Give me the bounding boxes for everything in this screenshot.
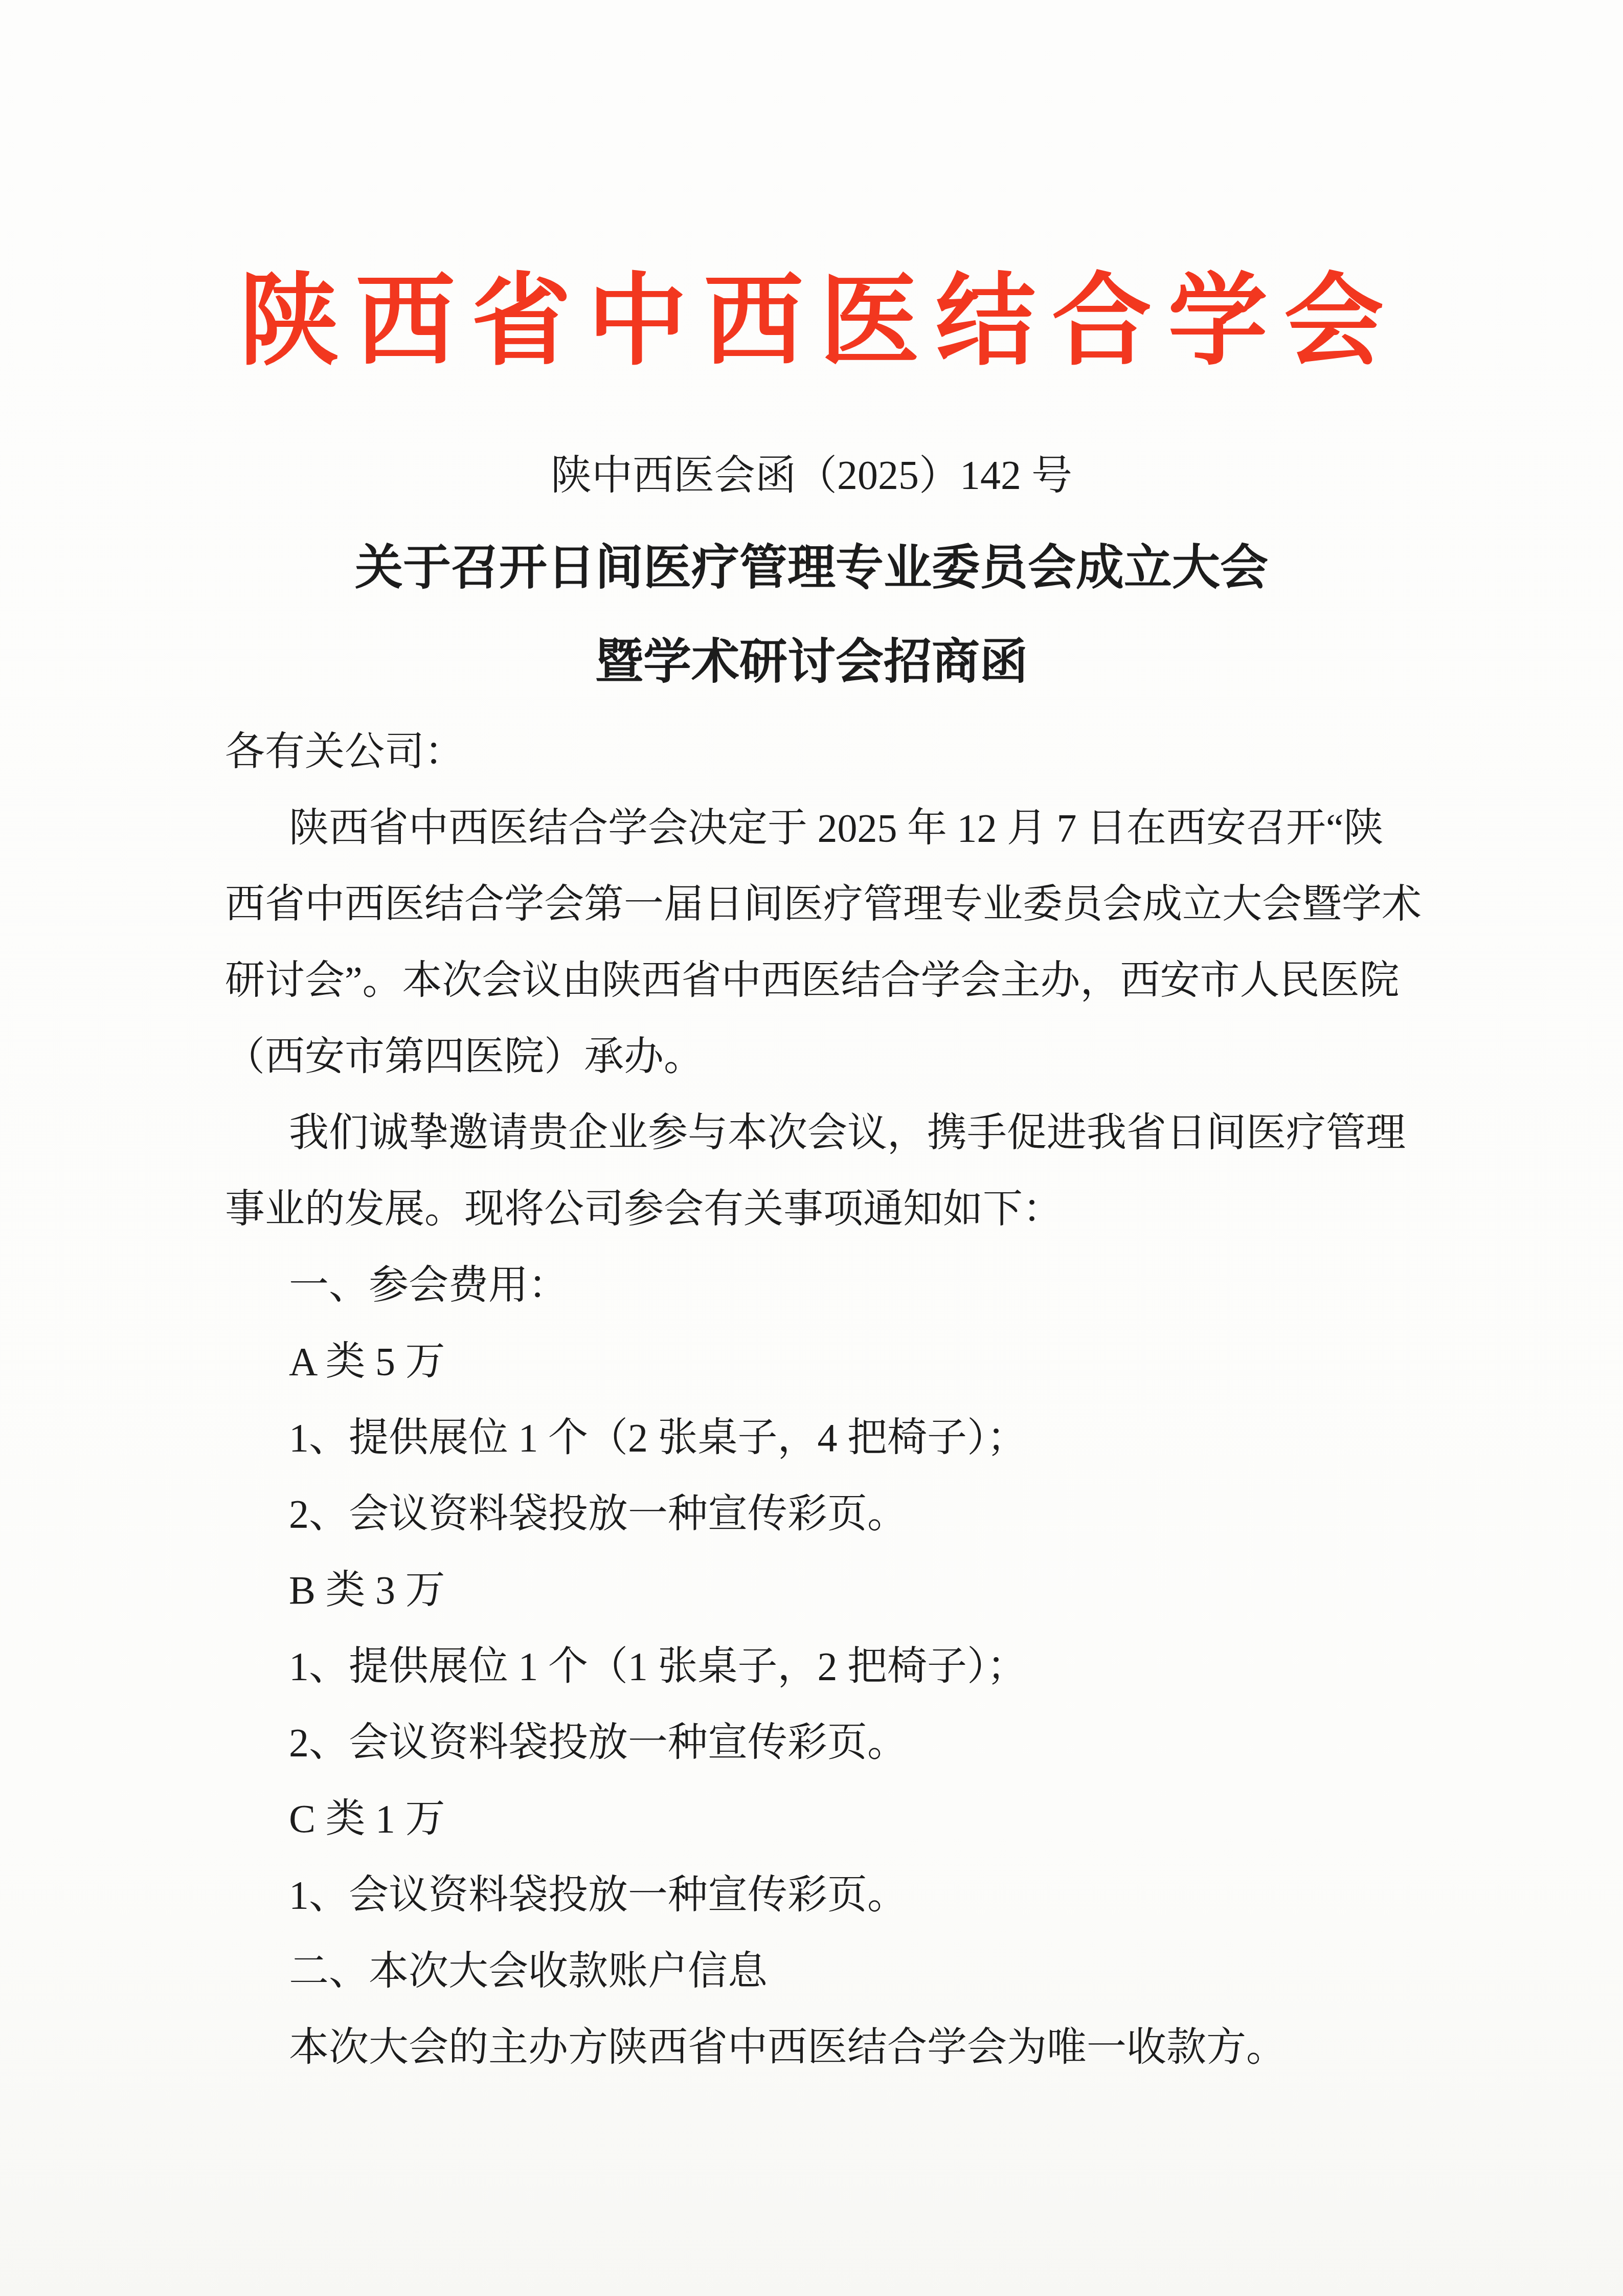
- body-line: 事业的发展。现将公司参会有关事项通知如下：: [225, 1171, 1422, 1247]
- body-line-paragraph-1: 陕西省中西医结合学会决定于 2025 年 12 月 7 日在西安召开“陕: [225, 790, 1422, 866]
- fee-class-c: C 类 1 万: [225, 1780, 1422, 1857]
- fee-class-a-item-2: 2、会议资料袋投放一种宣传彩页。: [225, 1476, 1422, 1552]
- letter-body: 各有关公司： 陕西省中西医结合学会决定于 2025 年 12 月 7 日在西安召…: [225, 714, 1422, 2085]
- fee-class-b-item-2: 2、会议资料袋投放一种宣传彩页。: [225, 1704, 1422, 1780]
- scanned-letter-page: 陕西省中西医结合学会 陕中西医会函（2025）142 号 关于召开日间医疗管理专…: [0, 0, 1623, 2296]
- body-line-paragraph-2: 我们诚挚邀请贵企业参与本次会议，携手促进我省日间医疗管理: [225, 1095, 1422, 1171]
- letterhead-org-title: 陕西省中西医结合学会: [0, 251, 1623, 394]
- fee-class-c-item-1: 1、会议资料袋投放一种宣传彩页。: [225, 1857, 1422, 1933]
- fee-class-a-item-1: 1、提供展位 1 个（2 张桌子，4 把椅子）；: [225, 1399, 1422, 1476]
- doc-reference-number: 陕中西医会函（2025）142 号: [0, 445, 1623, 506]
- section-2-heading: 二、本次大会收款账户信息: [225, 1933, 1422, 2009]
- subject-title-line-1: 关于召开日间医疗管理专业委员会成立大会: [0, 532, 1623, 604]
- body-line: （西安市第四医院）承办。: [225, 1018, 1422, 1095]
- fee-class-b-item-1: 1、提供展位 1 个（1 张桌子，2 把椅子）；: [225, 1628, 1422, 1704]
- salutation: 各有关公司：: [225, 714, 1422, 790]
- fee-class-a: A 类 5 万: [225, 1323, 1422, 1399]
- fee-class-b: B 类 3 万: [225, 1552, 1422, 1628]
- section-1-heading: 一、参会费用：: [225, 1247, 1422, 1323]
- subject-title-line-2: 暨学术研讨会招商函: [0, 626, 1623, 698]
- body-line: 研讨会”。本次会议由陕西省中西医结合学会主办，西安市人民医院: [225, 942, 1422, 1018]
- body-line: 西省中西医结合学会第一届日间医疗管理专业委员会成立大会暨学术: [225, 866, 1422, 942]
- payee-statement: 本次大会的主办方陕西省中西医结合学会为唯一收款方。: [225, 2009, 1422, 2085]
